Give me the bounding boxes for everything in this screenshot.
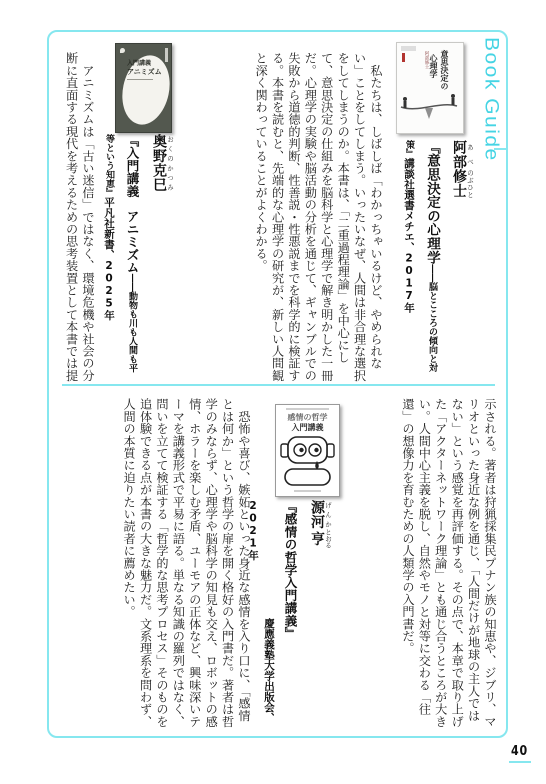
book1-cover-series-band [401, 46, 416, 51]
book3-review-text: 恐怖や喜び、嫉妬といった身近な感情を入り口に、「感情とは何か」という哲学の扉を開… [120, 398, 252, 732]
book1-author-base2: 修士 [451, 169, 467, 198]
book3-publisher-line: 慶應義塾大学出版会、 [261, 500, 277, 732]
book1-subtitle-end: 策』 [404, 140, 414, 158]
book1-cover-title-col2: 心理学 [428, 50, 439, 90]
book1-citation: 阿部あべ修士のぶひと 『意思決定の心理学――脳とこころの傾向と対 策』講談社選書… [392, 140, 474, 386]
book3-title-line: 『感情の哲学入門講義』 [277, 500, 303, 732]
book2-author-base2: 克巳 [151, 163, 167, 192]
book2-author-ruby1: おくの [166, 134, 174, 163]
book1-cover: 意思決定の 心理学 阿部修士 [396, 42, 464, 134]
book2-title-line: 『入門講義 アニミズム――動物も川も人間も平 [119, 134, 145, 386]
book3-title: 『感情の哲学入門講義』 [283, 500, 298, 640]
book2-cover-spine-text [165, 48, 168, 62]
book1-author-ruby1: あべ [466, 140, 474, 169]
book1-cover-red-mark [402, 53, 405, 62]
book3-cover-title-line2: 入門講義 [276, 423, 339, 432]
book1-subtitle: ――脳とこころの傾向と対 [427, 264, 437, 372]
book1-author: 阿部あべ修士のぶひと [445, 140, 474, 386]
book3-author-name: 源河げんか亨とおる [309, 500, 325, 549]
book2-review-text-part2: 示される。著者は狩猟採集民プナン族の知恵や、ジブリ、マリオといった身近な例を通じ… [398, 398, 498, 732]
book1-review-text: 私たちは、しばしば「わかっちゃいるけど、やめられない」ことをしてしまう。いったい… [252, 52, 384, 384]
book2-subtitle-end: 等という知恵』 [104, 134, 114, 197]
book1-author-base1: 阿部 [451, 140, 467, 169]
book1-cover-title: 意思決定の 心理学 [428, 50, 450, 90]
book1-cover-title-col1: 意思決定の [439, 50, 450, 90]
page-number: 40 [511, 744, 528, 759]
book2-title: 『入門講義 アニミズム [125, 134, 140, 274]
book2-year: 2025 [103, 260, 115, 310]
book1-year-unit: 年 [403, 303, 415, 314]
book2-author: 奥野おくの克巳かつみ [145, 134, 174, 386]
book1-publisher-line: 策』講談社選書メチエ、2017年 [399, 140, 419, 386]
book2-publisher: 平凡社新書、 [103, 197, 115, 260]
book2-cover: 入門講義 アニミズム [115, 43, 172, 133]
book2-author-name: 奥野おくの克巳かつみ [151, 134, 167, 192]
book-guide-page: Book Guide 意思決定の 心理学 阿部修士 阿部あべ修士のぶひと [0, 0, 546, 784]
book1-cover-author: 阿部修士 [423, 51, 429, 69]
book3-author-base1: 源河 [309, 500, 325, 529]
book2-cover-publisher-logo-icon [120, 48, 125, 53]
book3-publisher: 慶應義塾大学出版会、 [263, 618, 275, 723]
book1-year: 2017 [403, 253, 415, 303]
book3-cover-bottom-line [294, 490, 321, 492]
book3-cover-title-line1: 感情の哲学 [276, 413, 339, 422]
robot-face-icon [280, 435, 335, 487]
book2-cover-subtitle-line [127, 79, 153, 80]
book1-title: 『意思決定の心理学 [424, 140, 440, 264]
book3-citation: 源河げんか亨とおる 『感情の哲学入門講義』 慶應義塾大学出版会、 2021年 [248, 500, 332, 732]
book2-year-unit: 年 [103, 310, 115, 321]
book3-author: 源河げんか亨とおる [303, 500, 332, 732]
book3-author-ruby2: とおる [324, 529, 332, 549]
book-guide-label: Book Guide [480, 37, 502, 162]
book1-title-line: 『意思決定の心理学――脳とこころの傾向と対 [419, 140, 445, 386]
book3-cover: 感情の哲学 入門講義 [275, 404, 340, 497]
book3-author-ruby1: げんか [324, 500, 332, 529]
book2-author-base1: 奥野 [151, 134, 167, 163]
book3-author-base2: 亨 [309, 529, 325, 549]
book-guide-bracket-tick [494, 148, 506, 150]
book2-author-ruby2: かつみ [166, 163, 174, 192]
book1-author-ruby2: のぶひと [466, 169, 474, 198]
book2-cover-label1: 入門講義 [127, 60, 151, 67]
book2-review-text-part1: アニミズムは「古い迷信」ではなく、環境危機や社会の分断に直面する現代を考えるため… [60, 52, 96, 384]
book1-author-name: 阿部あべ修士のぶひと [451, 140, 467, 198]
seesaw-illustration-icon [398, 91, 460, 125]
book2-publisher-line: 等という知恵』平凡社新書、2025年 [99, 134, 119, 386]
book2-subtitle: ――動物も川も人間も平 [127, 274, 137, 373]
page-number-underline [509, 761, 531, 763]
book2-citation: 奥野おくの克巳かつみ 『入門講義 アニミズム――動物も川も人間も平 等という知恵… [100, 134, 174, 386]
book1-publisher: 講談社選書メチエ、 [403, 158, 415, 253]
book2-cover-label2: アニミズム [127, 68, 162, 76]
book3-cover-top-line [286, 408, 329, 410]
